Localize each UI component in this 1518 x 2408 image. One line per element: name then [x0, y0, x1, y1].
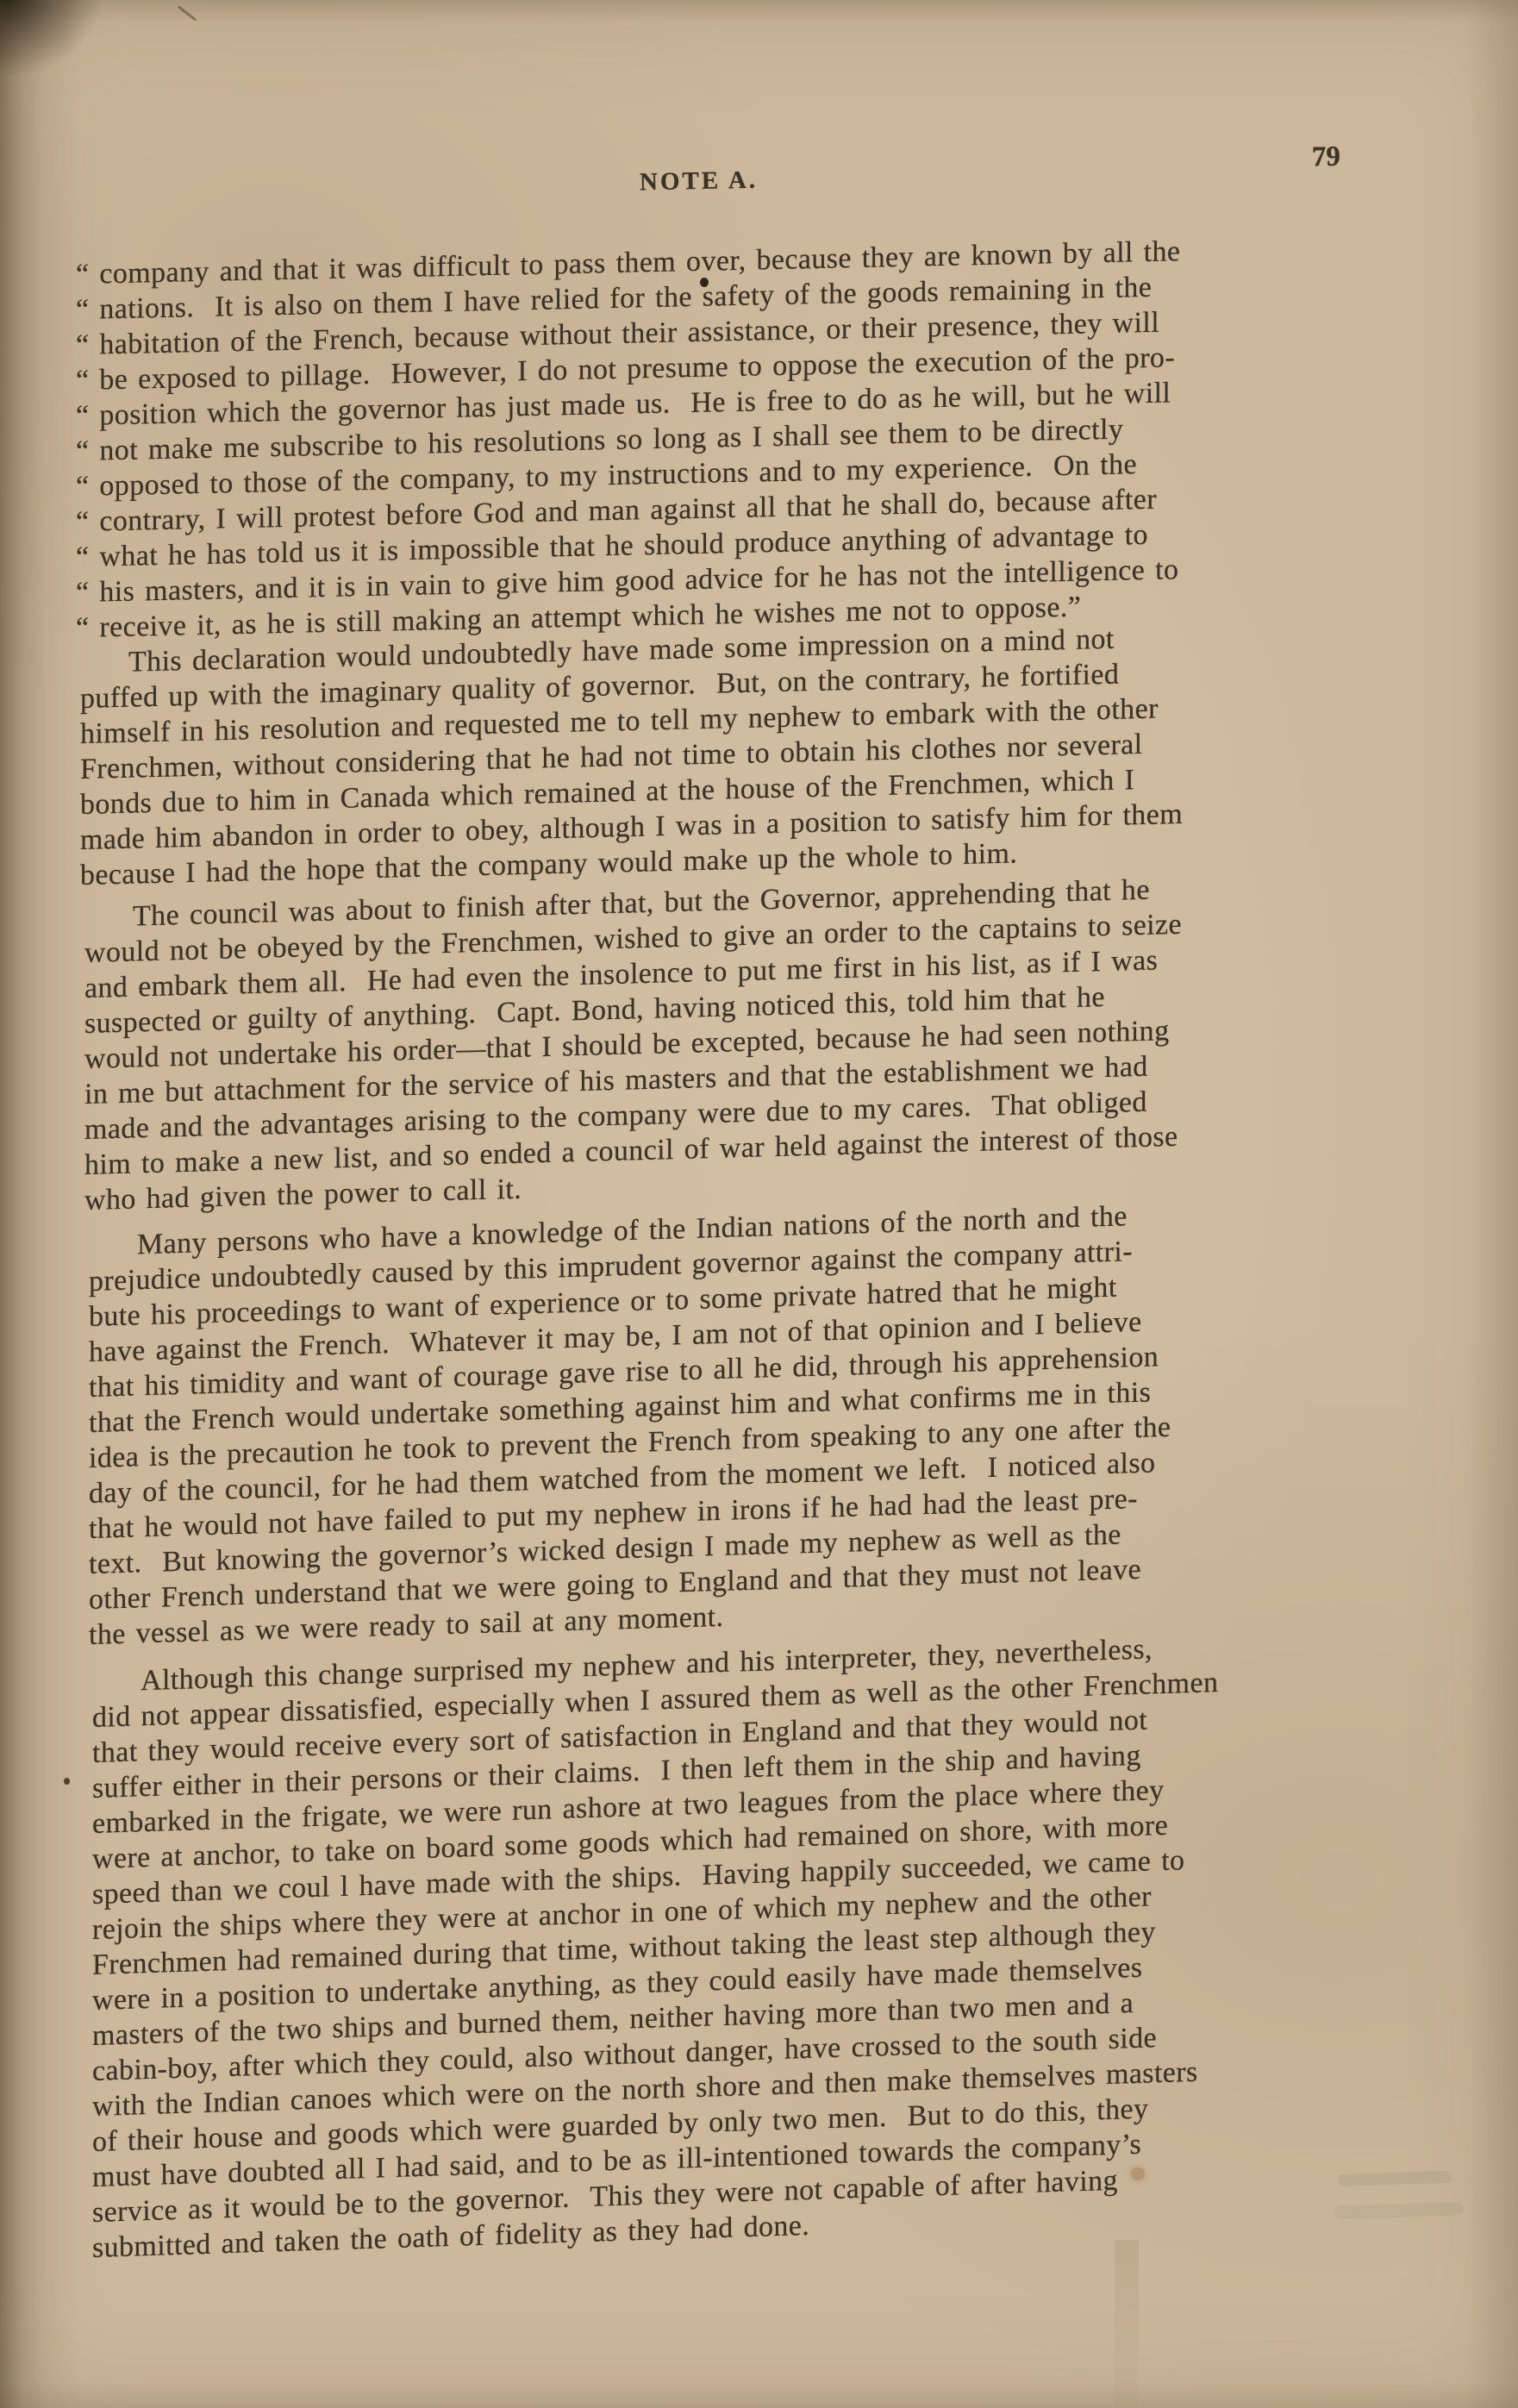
paragraph-2: This declaration would undoubtedly have …	[80, 613, 1455, 893]
scan-hair-mark	[178, 5, 197, 21]
page-corner-shadow	[0, 0, 102, 76]
text-block: “ company and that it was difficult to p…	[76, 257, 1455, 2266]
page-number: 79	[1312, 143, 1341, 172]
paragraph-1: “ company and that it was difficult to p…	[76, 228, 1455, 646]
paragraph-3: The council was about to finish after th…	[84, 864, 1455, 1218]
paragraph-4: Many persons who have a knowledge of the…	[89, 1189, 1455, 1653]
paragraph-5: Although this change surprised my nephew…	[92, 1622, 1455, 2266]
margin-dot	[64, 1778, 70, 1785]
section-heading: NOTE A.	[640, 168, 759, 196]
paper-stain	[1131, 2167, 1145, 2180]
ink-speck	[700, 278, 709, 287]
scanned-book-page: NOTE A. 79 “ company and that it was dif…	[0, 0, 1518, 2408]
paper-streak	[1115, 2240, 1139, 2408]
